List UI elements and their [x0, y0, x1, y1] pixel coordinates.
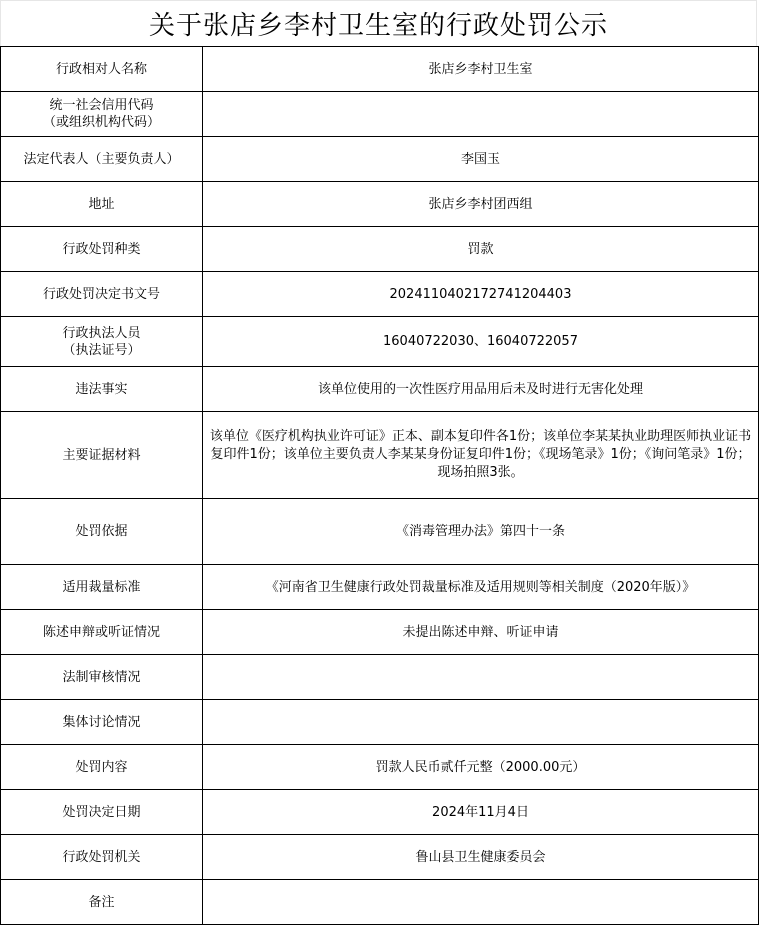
- table-row-main-evidence: 主要证据材料该单位《医疗机构执业许可证》正本、副本复印件各1份；该单位李某某执业…: [1, 412, 759, 499]
- decision-date-label: 处罚决定日期: [1, 790, 203, 835]
- table-row-legal-representative: 法定代表人（主要负责人）李国玉: [1, 137, 759, 182]
- penalty-content-label: 处罚内容: [1, 745, 203, 790]
- respondent-name-label: 行政相对人名称: [1, 47, 203, 92]
- penalty-content-value: 罚款人民币贰仟元整（2000.00元）: [203, 745, 759, 790]
- defense-hearing-value: 未提出陈述申辩、听证申请: [203, 610, 759, 655]
- main-evidence-value: 该单位《医疗机构执业许可证》正本、副本复印件各1份；该单位李某某执业助理医师执业…: [203, 412, 759, 499]
- discretion-standard-value: 《河南省卫生健康行政处罚裁量标准及适用规则等相关制度（2020年版）》: [203, 565, 759, 610]
- collective-discussion-label: 集体讨论情况: [1, 700, 203, 745]
- decision-number-label: 行政处罚决定书文号: [1, 272, 203, 317]
- table-row-enforcement-officers: 行政执法人员（执法证号）16040722030、16040722057: [1, 317, 759, 367]
- penalty-type-label: 行政处罚种类: [1, 227, 203, 272]
- decision-number-value: 2024110402172741204403: [203, 272, 759, 317]
- enforcement-officers-value: 16040722030、16040722057: [203, 317, 759, 367]
- credit-code-label: 统一社会信用代码（或组织机构代码）: [1, 92, 203, 137]
- table-row-address: 地址张店乡李村团西组: [1, 182, 759, 227]
- penalty-type-value: 罚款: [203, 227, 759, 272]
- violation-facts-value: 该单位使用的一次性医疗用品用后未及时进行无害化处理: [203, 367, 759, 412]
- table-row-violation-facts: 违法事实该单位使用的一次性医疗用品用后未及时进行无害化处理: [1, 367, 759, 412]
- decision-date-value: 2024年11月4日: [203, 790, 759, 835]
- penalty-authority-label: 行政处罚机关: [1, 835, 203, 880]
- table-row-penalty-content: 处罚内容罚款人民币贰仟元整（2000.00元）: [1, 745, 759, 790]
- table-row-legal-review: 法制审核情况: [1, 655, 759, 700]
- table-row-decision-date: 处罚决定日期2024年11月4日: [1, 790, 759, 835]
- table-row-penalty-authority: 行政处罚机关鲁山县卫生健康委员会: [1, 835, 759, 880]
- remarks-value: [203, 880, 759, 925]
- main-evidence-label: 主要证据材料: [1, 412, 203, 499]
- legal-review-value: [203, 655, 759, 700]
- penalty-authority-value: 鲁山县卫生健康委员会: [203, 835, 759, 880]
- respondent-name-value: 张店乡李村卫生室: [203, 47, 759, 92]
- legal-review-label: 法制审核情况: [1, 655, 203, 700]
- collective-discussion-value: [203, 700, 759, 745]
- table-row-discretion-standard: 适用裁量标准《河南省卫生健康行政处罚裁量标准及适用规则等相关制度（2020年版）…: [1, 565, 759, 610]
- address-label: 地址: [1, 182, 203, 227]
- penalty-basis-label: 处罚依据: [1, 499, 203, 565]
- table-row-penalty-basis: 处罚依据《消毒管理办法》第四十一条: [1, 499, 759, 565]
- table-row-remarks: 备注: [1, 880, 759, 925]
- table-row-credit-code: 统一社会信用代码（或组织机构代码）: [1, 92, 759, 137]
- table-row-penalty-type: 行政处罚种类罚款: [1, 227, 759, 272]
- violation-facts-label: 违法事实: [1, 367, 203, 412]
- legal-representative-label: 法定代表人（主要负责人）: [1, 137, 203, 182]
- remarks-label: 备注: [1, 880, 203, 925]
- address-value: 张店乡李村团西组: [203, 182, 759, 227]
- defense-hearing-label: 陈述申辩或听证情况: [1, 610, 203, 655]
- discretion-standard-label: 适用裁量标准: [1, 565, 203, 610]
- credit-code-value: [203, 92, 759, 137]
- enforcement-officers-label: 行政执法人员（执法证号）: [1, 317, 203, 367]
- table-row-collective-discussion: 集体讨论情况: [1, 700, 759, 745]
- penalty-notice-table: 行政相对人名称张店乡李村卫生室统一社会信用代码（或组织机构代码）法定代表人（主要…: [0, 46, 759, 925]
- page-title: 关于张店乡李村卫生室的行政处罚公示: [0, 0, 757, 46]
- table-row-defense-hearing: 陈述申辩或听证情况未提出陈述申辩、听证申请: [1, 610, 759, 655]
- legal-representative-value: 李国玉: [203, 137, 759, 182]
- penalty-basis-value: 《消毒管理办法》第四十一条: [203, 499, 759, 565]
- table-row-decision-number: 行政处罚决定书文号2024110402172741204403: [1, 272, 759, 317]
- table-row-respondent-name: 行政相对人名称张店乡李村卫生室: [1, 47, 759, 92]
